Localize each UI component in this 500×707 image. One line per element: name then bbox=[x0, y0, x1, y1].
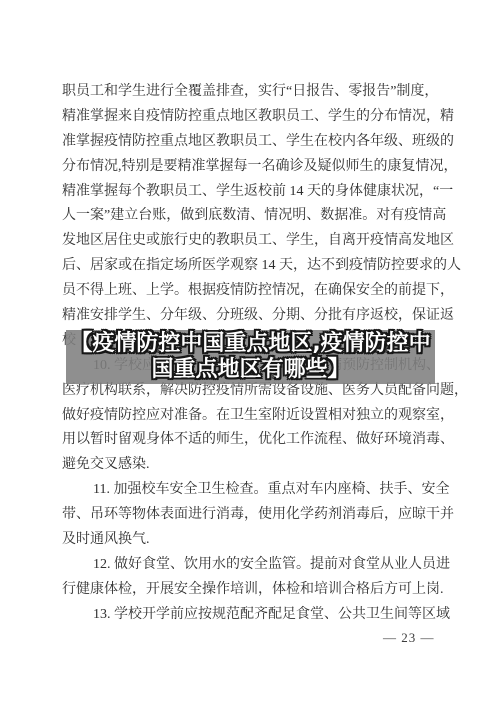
text-line: 及时通风换气. bbox=[62, 528, 440, 553]
text-line: 人一案”建立台账，做到底数清、情况明、数据准。对有疫情高 bbox=[62, 204, 440, 229]
text-line: 精准掌握每个教职员工、学生返校前 14 天的身体健康状况，“一 bbox=[62, 180, 440, 205]
text-line: 避免交叉感染. bbox=[62, 453, 440, 478]
text-line: 做好疫情防控应对准备。在卫生室附近设置相对独立的观察室， bbox=[62, 404, 440, 429]
overlay-title-line2: 国重点地区有哪些】 bbox=[151, 357, 349, 383]
text-line: 准掌握疫情防控重点地区教职员工、学生在校内各年级、班级的 bbox=[62, 130, 440, 155]
text-line: 11. 加强校车安全卫生检查。重点对车内座椅、扶手、安全 bbox=[62, 478, 440, 503]
seo-title-overlay: 【疫情防控中国重点地区,疫情防控中 国重点地区有哪些】 bbox=[66, 330, 435, 384]
text-line: 12. 做好食堂、饮用水的安全监管。提前对食堂从业人员进 bbox=[62, 553, 440, 578]
text-line: 行健康体检，开展安全操作培训，体检和培训合格后方可上岗. bbox=[62, 578, 440, 603]
text-line: 发地区居住史或旅行史的教职员工、学生，自离开疫情高发地区 bbox=[62, 229, 440, 254]
text-line: 职员工和学生进行全覆盖排查，实行“日报告、零报告”制度， bbox=[62, 80, 440, 105]
text-line: 员不得上班、上学。根据疫情防控情况，在确保安全的前提下， bbox=[62, 279, 440, 304]
page-number: — 23 — bbox=[383, 630, 435, 646]
overlay-title-line1: 【疫情防控中国重点地区,疫情防控中 bbox=[70, 331, 430, 357]
text-line: 用以暂时留观身体不适的师生，优化工作流程、做好环境消毒、 bbox=[62, 428, 440, 453]
text-line: 分布情况,特别是要精准掌握每一名确诊及疑似师生的康复情况， bbox=[62, 155, 440, 180]
text-line: 13. 学校开学前应按规范配齐配足食堂、公共卫生间等区域 bbox=[62, 603, 440, 628]
text-line: 精准安排学生、分年级、分班级、分期、分批有序返校，保证返 bbox=[62, 304, 440, 329]
document-page: 职员工和学生进行全覆盖排查，实行“日报告、零报告”制度，精准掌握来自疫情防控重点… bbox=[0, 0, 500, 707]
text-line: 精准掌握来自疫情防控重点地区教职员工、学生的分布情况，精 bbox=[62, 105, 440, 130]
text-line: 带、吊环等物体表面进行消毒，使用化学药剂消毒后，应晾干并 bbox=[62, 503, 440, 528]
text-line: 后、居家或在指定场所医学观察 14 天，达不到疫情防控要求的人 bbox=[62, 254, 440, 279]
